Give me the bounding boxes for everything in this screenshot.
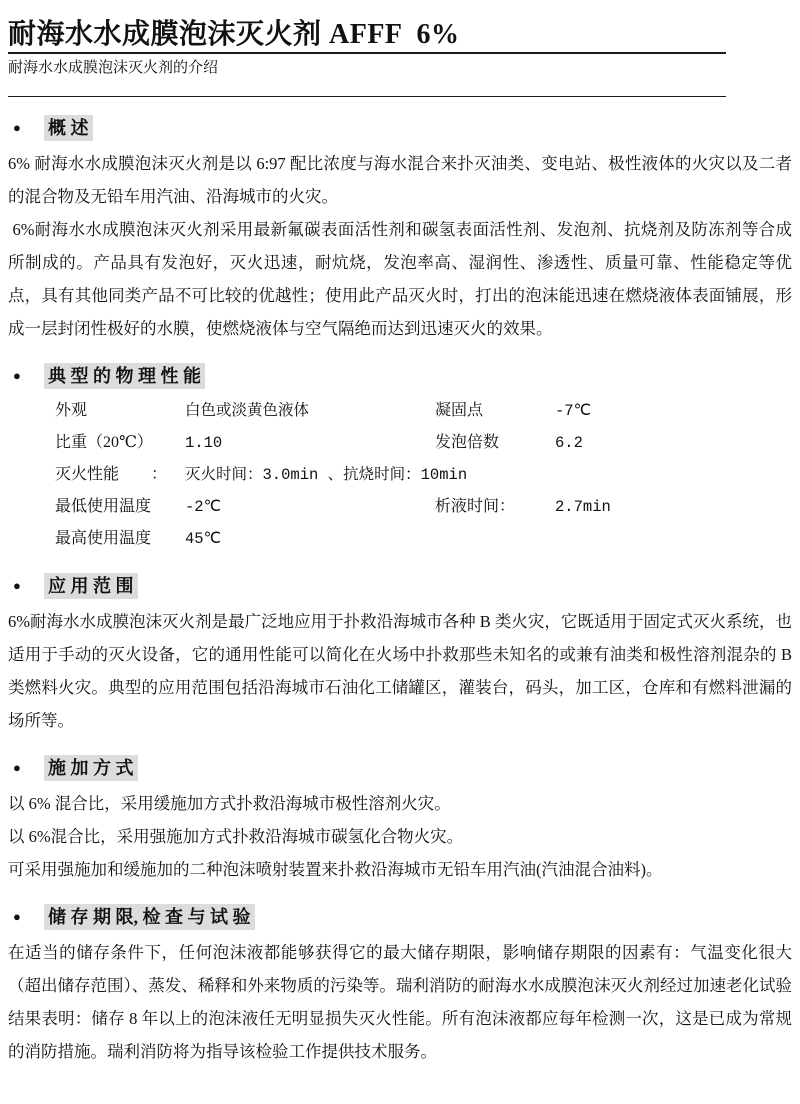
section-heading-label: 应 用 范 围 <box>44 573 138 599</box>
property-label: 外观 <box>55 395 185 427</box>
properties-table: 外观 白色或淡黄色液体 凝固点 -7℃ 比重（20℃） 1.10 发泡倍数 6.… <box>55 395 792 555</box>
property-value <box>555 459 792 491</box>
paragraph: 以 6% 混合比，采用缓施加方式扑救沿海城市极性溶剂火灾。 <box>8 787 792 820</box>
property-label: 灭火性能 ： <box>55 459 185 491</box>
title-divider <box>8 52 726 54</box>
property-label <box>435 523 555 555</box>
property-value <box>555 523 792 555</box>
bullet-icon: ● <box>8 574 44 598</box>
section-heading-row: ● 典 型 的 物 理 性 能 <box>8 363 792 389</box>
property-label: 最低使用温度 <box>55 491 185 523</box>
property-label: 最高使用温度 <box>55 523 185 555</box>
section-application-scope: ● 应 用 范 围 6%耐海水水成膜泡沫灭火剂是最广泛地应用于扑救沿海城市各种 … <box>8 573 792 737</box>
section-overview: ● 概 述 6% 耐海水水成膜泡沫灭火剂是以 6:97 配比浓度与海水混合来扑灭… <box>8 115 792 345</box>
paragraph: 可采用强施加和缓施加的二种泡沫喷射装置来扑救沿海城市无铅车用汽油(汽油混合油料)… <box>8 853 792 886</box>
section-heading-label: 典 型 的 物 理 性 能 <box>44 363 205 389</box>
paragraph: 6%耐海水水成膜泡沫灭火剂是最广泛地应用于扑救沿海城市各种 B 类火灾，它既适用… <box>8 605 792 737</box>
section-heading-label: 施 加 方 式 <box>44 755 138 781</box>
bullet-icon: ● <box>8 116 44 140</box>
property-row: 最高使用温度 45℃ <box>55 523 792 555</box>
subtitle-divider <box>8 96 726 97</box>
property-row: 外观 白色或淡黄色液体 凝固点 -7℃ <box>55 395 792 427</box>
section-heading-label: 概 述 <box>44 115 93 141</box>
section-heading-row: ● 概 述 <box>8 115 792 141</box>
section-heading-row: ● 应 用 范 围 <box>8 573 792 599</box>
document: 耐海水水成膜泡沫灭火剂 AFFF 6% 耐海水水成膜泡沫灭火剂的介绍 ● 概 述… <box>0 0 800 1068</box>
property-label: 比重（20℃） <box>55 427 185 459</box>
property-row: 比重（20℃） 1.10 发泡倍数 6.2 <box>55 427 792 459</box>
property-row: 最低使用温度 -2℃ 析液时间： 2.7min <box>55 491 792 523</box>
property-value: 灭火时间：3.0min 、抗烧时间：10min <box>185 459 435 491</box>
property-value: -7℃ <box>555 395 792 427</box>
bullet-icon: ● <box>8 905 44 929</box>
paragraph: 6%耐海水水成膜泡沫灭火剂采用最新氟碳表面活性剂和碳氢表面活性剂、发泡剂、抗烧剂… <box>8 213 792 345</box>
property-row: 灭火性能 ： 灭火时间：3.0min 、抗烧时间：10min <box>55 459 792 491</box>
property-label: 发泡倍数 <box>435 427 555 459</box>
paragraph: 以 6%混合比，采用强施加方式扑救沿海城市碳氢化合物火灾。 <box>8 820 792 853</box>
property-label: 析液时间： <box>435 491 555 523</box>
property-value: 2.7min <box>555 491 792 523</box>
property-label <box>435 459 555 491</box>
property-value: 6.2 <box>555 427 792 459</box>
section-physical-properties: ● 典 型 的 物 理 性 能 外观 白色或淡黄色液体 凝固点 -7℃ 比重（2… <box>8 363 792 555</box>
section-heading-row: ● 施 加 方 式 <box>8 755 792 781</box>
property-value: 1.10 <box>185 427 435 459</box>
section-storage-inspection: ● 储 存 期 限, 检 查 与 试 验 在适当的储存条件下，任何泡沫液都能够获… <box>8 904 792 1068</box>
paragraph: 在适当的储存条件下，任何泡沫液都能够获得它的最大储存期限，影响储存期限的因素有：… <box>8 936 792 1068</box>
property-label: 凝固点 <box>435 395 555 427</box>
bullet-icon: ● <box>8 364 44 388</box>
doc-subtitle: 耐海水水成膜泡沫灭火剂的介绍 <box>8 58 792 78</box>
doc-title: 耐海水水成膜泡沫灭火剂 AFFF 6% <box>8 20 792 50</box>
section-application-method: ● 施 加 方 式 以 6% 混合比，采用缓施加方式扑救沿海城市极性溶剂火灾。 … <box>8 755 792 886</box>
section-heading-label: 储 存 期 限, 检 查 与 试 验 <box>44 904 255 930</box>
paragraph: 6% 耐海水水成膜泡沫灭火剂是以 6:97 配比浓度与海水混合来扑灭油类、变电站… <box>8 147 792 213</box>
bullet-icon: ● <box>8 756 44 780</box>
property-value: -2℃ <box>185 491 435 523</box>
property-value: 45℃ <box>185 523 435 555</box>
property-value: 白色或淡黄色液体 <box>185 395 435 427</box>
section-heading-row: ● 储 存 期 限, 检 查 与 试 验 <box>8 904 792 930</box>
